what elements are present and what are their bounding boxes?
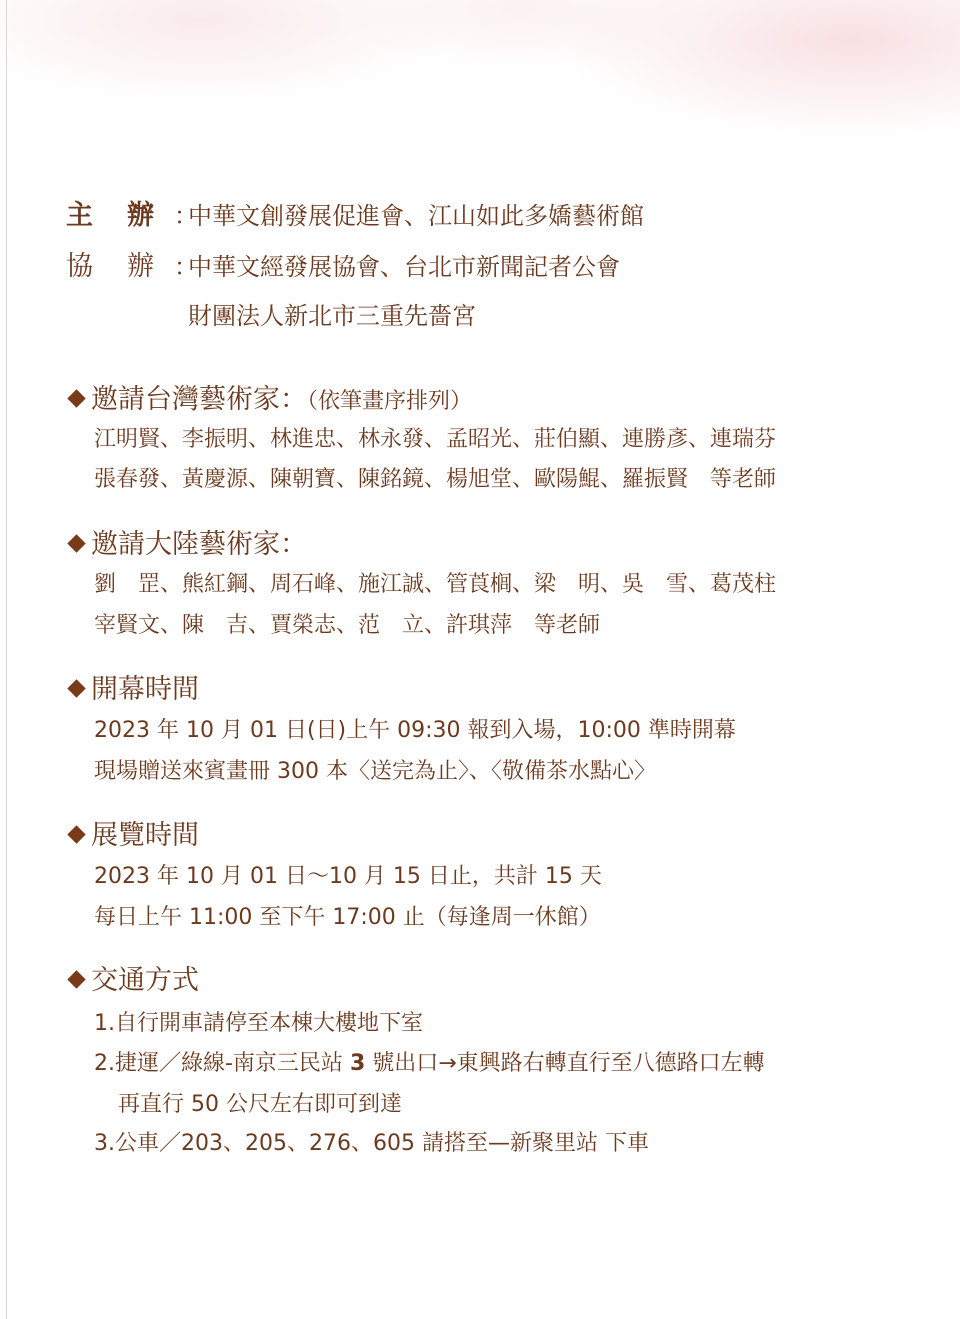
transport-item2: 2.捷運／綠線-南京三民站 3 號出口→東興路右轉直行至八德路口左轉 — [94, 1049, 765, 1079]
diamond-bullet-icon — [67, 679, 85, 697]
co-host-label-char1: 協 — [66, 251, 93, 282]
taiwan-artists-line2: 張春發、黃慶源、陳朝寶、陳銘鏡、楊旭堂、歐陽鯤、羅振賢 等老師 — [94, 465, 776, 495]
mainland-artists-line1: 劉 罡、熊紅鋼、周石峰、施江誠、管莨榈、梁 明、吳 雪、葛茂柱 — [94, 570, 776, 600]
mainland-artists-heading: 邀請大陸藝術家： — [66, 528, 307, 562]
transport-item3: 3.公車／203、205、276、605 請搭至—新聚里站 下車 — [94, 1129, 649, 1159]
exhibition-title: 展覽時間 — [91, 820, 199, 851]
taiwan-artists-title: 邀請台灣藝術家： — [91, 384, 307, 415]
host-row: 主辦：中華文創發展促進會、江山如此多嬌藝術館 — [66, 201, 644, 231]
host-label-char1: 主 — [66, 200, 93, 231]
co-host-label-char2: 辦 — [127, 251, 154, 282]
host-label: 主辦 — [66, 201, 174, 231]
diamond-bullet-icon — [67, 389, 85, 407]
transport-item2-exit-number: 3 — [350, 1051, 365, 1076]
co-host-value-line2: 財團法人新北市三重先嗇宮 — [188, 301, 476, 331]
exhibition-line2: 每日上午 11:00 至下午 17:00 止（每逢周一休館） — [94, 903, 601, 933]
transport-title: 交通方式 — [91, 965, 199, 996]
host-value: 中華文創發展促進會、江山如此多嬌藝術館 — [188, 201, 644, 231]
exhibition-heading: 展覽時間 — [66, 819, 199, 853]
co-host-label: 協辦 — [66, 252, 174, 282]
co-host-row: 協辦：中華文經發展協會、台北市新聞記者公會 — [66, 252, 620, 282]
opening-title: 開幕時間 — [91, 674, 199, 705]
taiwan-artists-note: （依筆畫序排列） — [307, 389, 472, 414]
left-border-line — [6, 0, 7, 1319]
taiwan-artists-line1: 江明賢、李振明、林進忠、林永發、孟昭光、莊伯顯、連勝彥、連瑞芬 — [94, 425, 776, 455]
opening-line1: 2023 年 10 月 01 日(日)上午 09:30 報到入場，10:00 準… — [94, 716, 736, 746]
transport-item1: 1.自行開車請停至本棟大樓地下室 — [94, 1009, 423, 1039]
co-host-colon: ： — [174, 252, 188, 282]
transport-item2-part1: 2.捷運／綠線-南京三民站 — [94, 1051, 350, 1076]
mainland-artists-line2: 宰賢文、陳 吉、賈榮志、范 立、許琪萍 等老師 — [94, 611, 600, 641]
opening-heading: 開幕時間 — [66, 673, 199, 707]
host-label-char2: 辦 — [127, 200, 154, 231]
transport-item2-continuation: 再直行 50 公尺左右即可到達 — [118, 1090, 402, 1120]
diamond-bullet-icon — [67, 825, 85, 843]
opening-line2: 現場贈送來賓畫冊 300 本〈送完為止〉、〈敬備茶水點心〉 — [94, 757, 656, 787]
co-host-value: 中華文經發展協會、台北市新聞記者公會 — [188, 252, 620, 282]
taiwan-artists-heading: 邀請台灣藝術家：（依筆畫序排列） — [66, 383, 472, 419]
transport-heading: 交通方式 — [66, 964, 199, 998]
transport-item2-part2: 號出口→東興路右轉直行至八德路口左轉 — [365, 1051, 764, 1076]
host-colon: ： — [174, 201, 188, 231]
mainland-artists-title: 邀請大陸藝術家： — [91, 529, 307, 560]
diamond-bullet-icon — [67, 970, 85, 988]
exhibition-line1: 2023 年 10 月 01 日～10 月 15 日止，共計 15 天 — [94, 862, 602, 892]
diamond-bullet-icon — [67, 534, 85, 552]
